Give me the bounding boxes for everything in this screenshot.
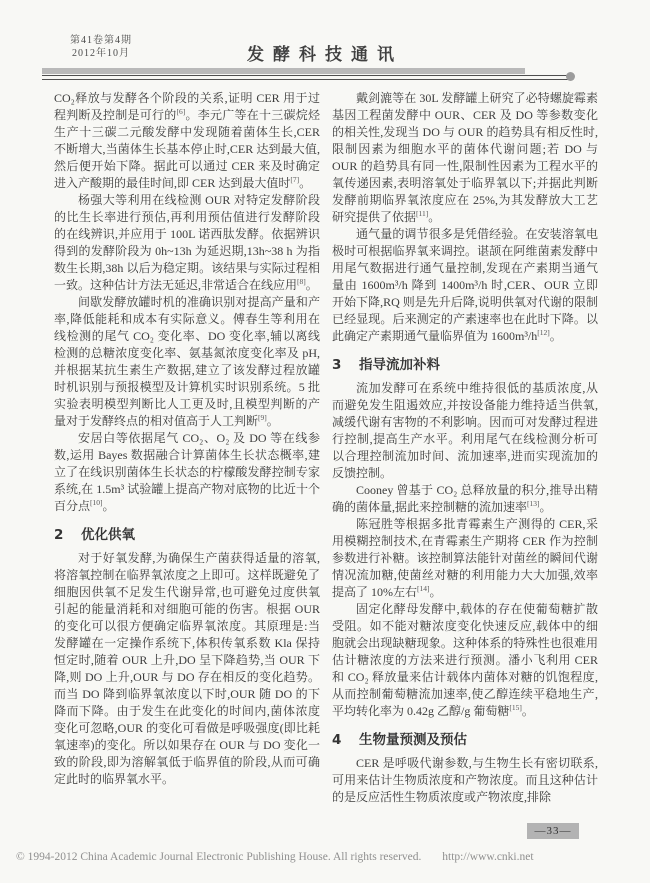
paragraph: Cooney 曾基于 CO₂ 总释放量的积分,推导出精确的菌体量,据此来控制糖的… — [332, 482, 598, 516]
section-heading: 4生物量预测及预估 — [332, 728, 598, 748]
reference-marker: [6] — [177, 107, 186, 116]
reference-marker: [7] — [290, 175, 299, 184]
paragraph: 杨强大等利用在线检测 OUR 对特定发酵阶段的比生长率进行预估,再利用预估值进行… — [54, 192, 320, 294]
section-heading: 2优化供氧 — [54, 523, 320, 543]
section-number: 4 — [332, 732, 341, 748]
section-number: 3 — [332, 357, 341, 373]
paragraph: 安居白等依据尾气 CO₂、O₂ 及 DO 等在线参数,运用 Bayes 数据融合… — [54, 430, 320, 515]
paragraph: 对于好氧发酵,为确保生产菌获得适量的溶氧,将溶氧控制在临界氧浓度之上即可。这样既… — [54, 550, 320, 788]
paragraph: 通气量的调节很多是凭借经验。在安装溶氧电极时可根据临界氧来调控。谌颉在阿维菌素发… — [332, 226, 598, 345]
section-title: 生物量预测及预估 — [359, 732, 467, 748]
section-number: 2 — [54, 527, 63, 543]
journal-page: 第41卷第4期 2012年10月 发酵科技通讯 CO₂释放与发酵各个阶段的关系,… — [0, 0, 650, 883]
header-rule — [0, 68, 650, 84]
right-column: 戴剑漉等在 30L 发酵罐上研究了必特螺旋霉素基因工程菌发酵中 OUR、CER … — [332, 90, 598, 838]
left-column: CO₂释放与发酵各个阶段的关系,证明 CER 用于过程判断及控制是可行的[6]。… — [54, 90, 320, 838]
paragraph: 陈冠胜等根据多批青霉素生产测得的 CER,采用模糊控制技术,在青霉素生产期将 C… — [332, 516, 598, 601]
paragraph: CER 是呼吸代谢参数,与生物生长有密切联系,可用来估计生物质浓度和产物浓度。而… — [332, 755, 598, 806]
reference-marker: [12] — [537, 328, 550, 337]
footer-url: http://www.cnki.net — [442, 851, 533, 863]
scan-footer: © 1994-2012 China Academic Journal Elect… — [16, 851, 636, 863]
reference-marker: [14] — [417, 584, 430, 593]
page-header: 第41卷第4期 2012年10月 发酵科技通讯 — [40, 34, 610, 66]
reference-marker: [11] — [416, 209, 428, 218]
reference-marker: [8] — [297, 277, 306, 286]
reference-marker: [15] — [509, 703, 522, 712]
reference-marker: [10] — [90, 498, 103, 507]
paragraph: CO₂释放与发酵各个阶段的关系,证明 CER 用于过程判断及控制是可行的[6]。… — [54, 90, 320, 192]
paragraph: 流加发酵可在系统中维持很低的基质浓度,从而避免发生阻遏效应,并按设备能力维持适当… — [332, 380, 598, 482]
paragraph: 戴剑漉等在 30L 发酵罐上研究了必特螺旋霉素基因工程菌发酵中 OUR、CER … — [332, 90, 598, 226]
reference-marker: [9] — [258, 413, 267, 422]
paragraph: 间歇发酵放罐时机的准确识别对提高产量和产率,降低能耗和成本有实际意义。傅春生等利… — [54, 294, 320, 430]
journal-title: 发酵科技通讯 — [40, 40, 610, 65]
rule-end-dot-icon — [566, 72, 575, 81]
section-title: 指导流加补料 — [359, 357, 440, 373]
article-body: CO₂释放与发酵各个阶段的关系,证明 CER 用于过程判断及控制是可行的[6]。… — [54, 90, 598, 838]
paragraph: 固定化酵母发酵中,载体的存在使葡萄糖扩散受阻。如不能对糖浓度变化快速反应,载体中… — [332, 601, 598, 720]
reference-marker: [13] — [527, 499, 540, 508]
copyright-text: © 1994-2012 China Academic Journal Elect… — [16, 851, 421, 863]
section-heading: 3指导流加补料 — [332, 353, 598, 373]
rule-thick-bar — [42, 68, 525, 74]
page-number: —33— — [527, 823, 579, 839]
section-title: 优化供氧 — [81, 527, 135, 543]
rule-double-line — [42, 75, 572, 80]
